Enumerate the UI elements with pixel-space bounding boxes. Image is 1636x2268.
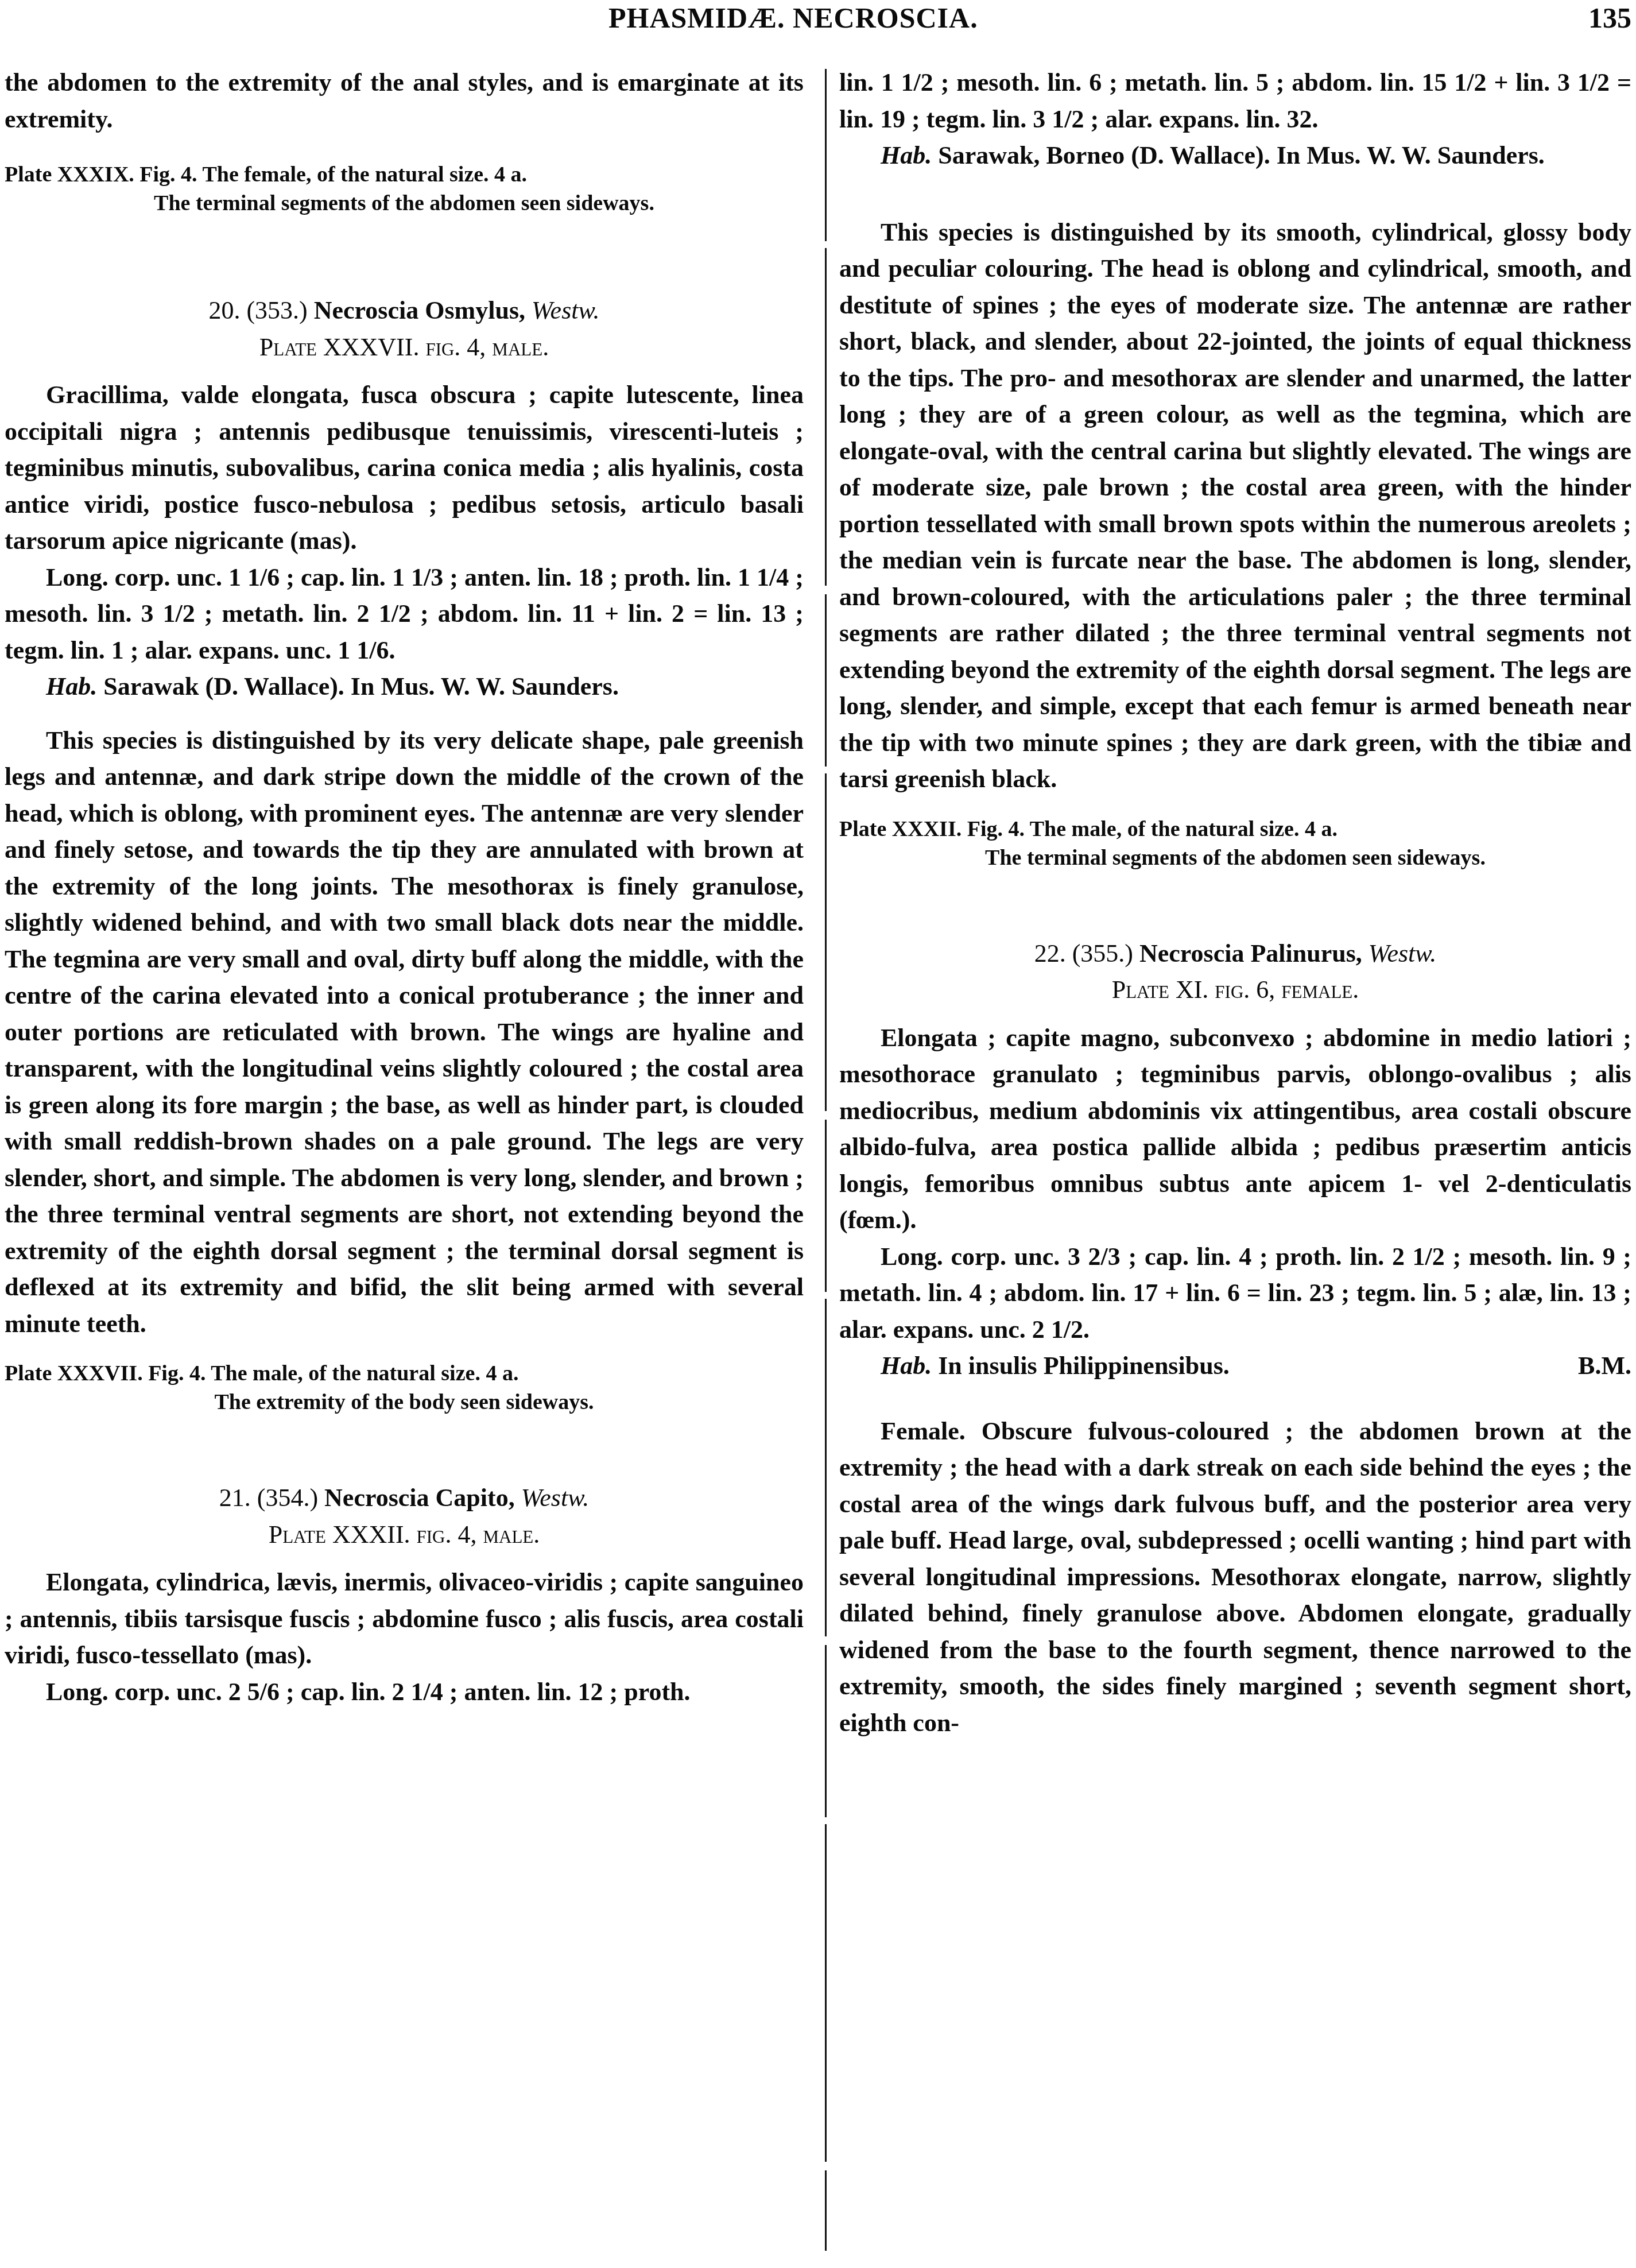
species-heading-20: 20. (353.) Necroscia Osmylus, Westw. bbox=[5, 292, 804, 329]
latin-diagnosis: Elongata, cylindrica, lævis, inermis, ol… bbox=[5, 1564, 804, 1674]
species-name: Necroscia Palinurus, bbox=[1139, 939, 1362, 967]
plate-caption: Plate XXXVII. Fig. 4. The male, of the n… bbox=[5, 1359, 804, 1416]
species-heading-22: 22. (355.) Necroscia Palinurus, Westw. bbox=[839, 935, 1631, 972]
left-column: the abdomen to the extremity of the anal… bbox=[5, 64, 804, 1710]
hab-text: Sarawak, Borneo (D. Wallace). In Mus. W.… bbox=[938, 141, 1545, 169]
species-plate-ref: Plate XI. fig. 6, female. bbox=[839, 972, 1631, 1008]
species-number: 22. (355.) bbox=[1034, 939, 1133, 967]
caption-line-1: Plate XXXIX. Fig. 4. The female, of the … bbox=[5, 162, 527, 187]
habitat: Hab. In insulis Philippinensibus. B.M. bbox=[839, 1348, 1631, 1384]
column-divider bbox=[825, 69, 827, 2251]
hab-label: Hab. bbox=[881, 141, 932, 169]
measurements: Long. corp. unc. 3 2/3 ; cap. lin. 4 ; p… bbox=[839, 1239, 1631, 1348]
caption-line-1: Plate XXXII. Fig. 4. The male, of the na… bbox=[839, 817, 1338, 841]
species-description: This species is distinguished by its ver… bbox=[5, 722, 804, 1342]
caption-line-2: The terminal segments of the abdomen see… bbox=[839, 843, 1631, 872]
species-description: This species is distinguished by its smo… bbox=[839, 214, 1631, 798]
plate-caption-prev: Plate XXXIX. Fig. 4. The female, of the … bbox=[5, 160, 804, 218]
species-author: Westw. bbox=[521, 1484, 590, 1512]
page-number: 135 bbox=[1588, 1, 1631, 34]
caption-line-1: Plate XXXVII. Fig. 4. The male, of the n… bbox=[5, 1361, 518, 1385]
hab-text: In insulis Philippinensibus. bbox=[938, 1352, 1230, 1380]
measurements: Long. corp. unc. 1 1/6 ; cap. lin. 1 1/3… bbox=[5, 559, 804, 669]
plate-caption: Plate XXXII. Fig. 4. The male, of the na… bbox=[839, 815, 1631, 872]
running-head: PHASMIDÆ. NECROSCIA. bbox=[608, 1, 978, 34]
species-plate-ref: Plate XXXVII. fig. 4, male. bbox=[5, 329, 804, 366]
habitat: Hab. Sarawak (D. Wallace). In Mus. W. W.… bbox=[5, 668, 804, 705]
measurements-end: lin. 1 1/2 ; mesoth. lin. 6 ; metath. li… bbox=[839, 64, 1631, 137]
latin-diagnosis: Elongata ; capite magno, subconvexo ; ab… bbox=[839, 1020, 1631, 1239]
hab-text: Sarawak (D. Wallace). In Mus. W. W. Saun… bbox=[103, 672, 619, 700]
species-heading-21: 21. (354.) Necroscia Capito, Westw. bbox=[5, 1480, 804, 1516]
species-name: Necroscia Capito, bbox=[324, 1484, 515, 1512]
species-plate-ref: Plate XXXII. fig. 4, male. bbox=[5, 1516, 804, 1553]
continuation-paragraph: the abdomen to the extremity of the anal… bbox=[5, 64, 804, 137]
species-author: Westw. bbox=[532, 296, 600, 324]
hab-label: Hab. bbox=[46, 672, 97, 700]
measurements-start: Long. corp. unc. 2 5/6 ; cap. lin. 2 1/4… bbox=[5, 1674, 804, 1710]
species-author: Westw. bbox=[1368, 939, 1437, 967]
species-number: 21. (354.) bbox=[219, 1484, 318, 1512]
right-column: lin. 1 1/2 ; mesoth. lin. 6 ; metath. li… bbox=[839, 64, 1631, 1741]
species-number: 20. (353.) bbox=[208, 296, 307, 324]
caption-line-2: The terminal segments of the abdomen see… bbox=[5, 189, 804, 218]
hab-source: B.M. bbox=[1578, 1348, 1631, 1384]
habitat: Hab. Sarawak, Borneo (D. Wallace). In Mu… bbox=[839, 137, 1631, 174]
hab-label: Hab. bbox=[881, 1352, 932, 1380]
page-header: PHASMIDÆ. NECROSCIA. 135 bbox=[0, 0, 1636, 34]
species-name: Necroscia Osmylus, bbox=[314, 296, 525, 324]
species-description: Female. Obscure fulvous-coloured ; the a… bbox=[839, 1413, 1631, 1741]
caption-line-2: The extremity of the body seen sideways. bbox=[5, 1388, 804, 1416]
latin-diagnosis: Gracillima, valde elongata, fusca obscur… bbox=[5, 377, 804, 559]
